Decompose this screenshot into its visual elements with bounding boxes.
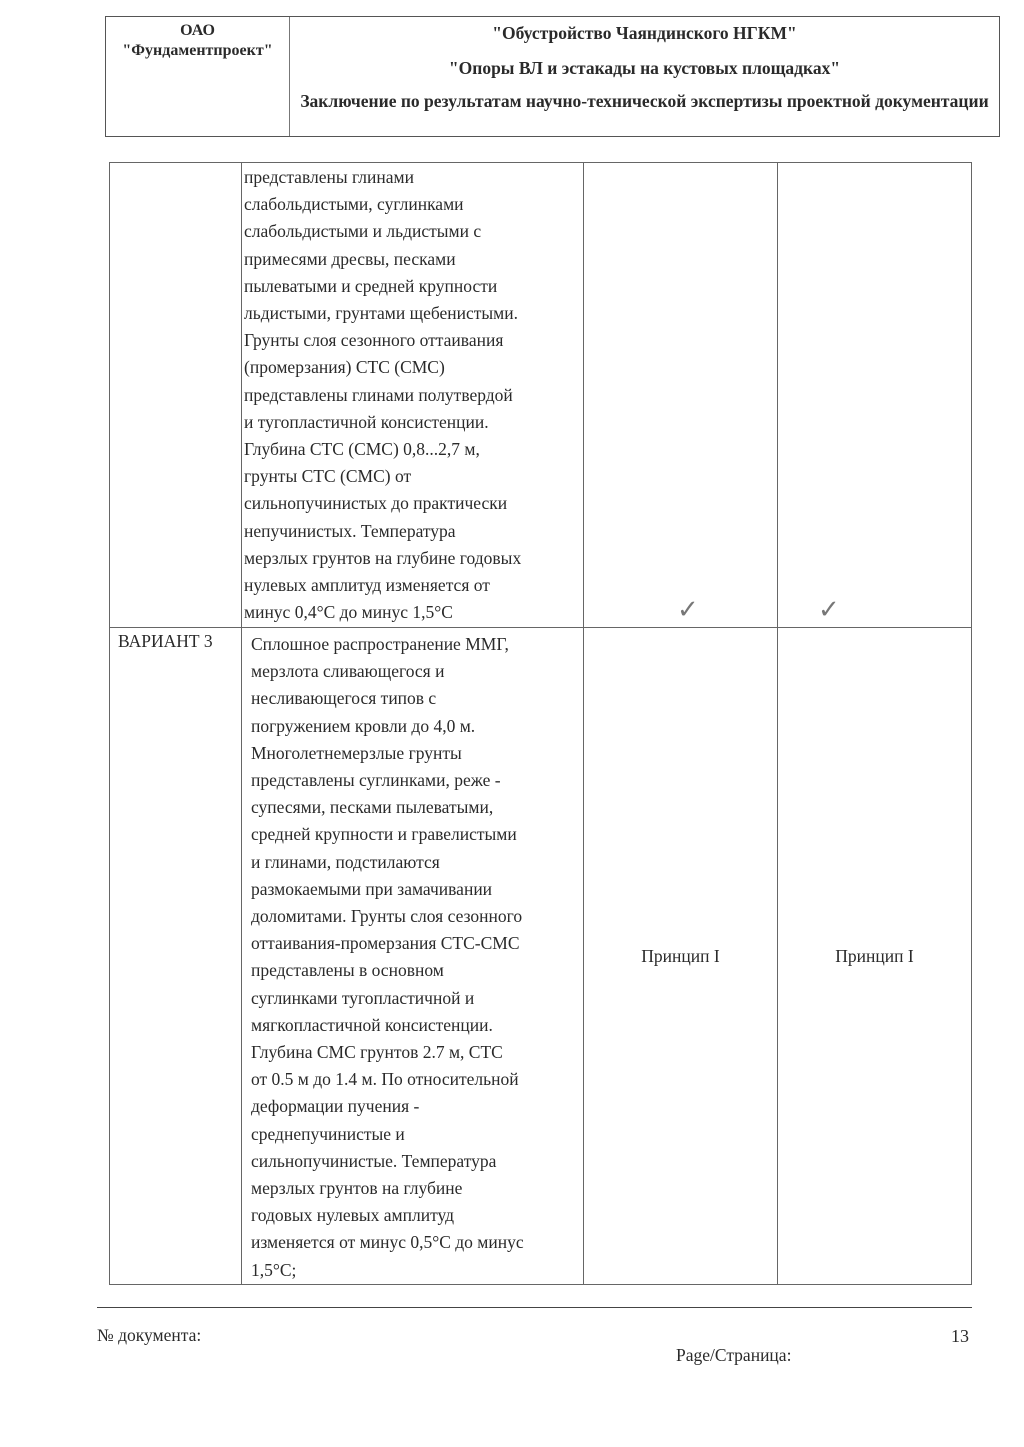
project-title: "Обустройство Чаяндинского НГКМ" bbox=[290, 22, 999, 44]
page-number: 13 bbox=[951, 1326, 969, 1347]
variant-cell bbox=[110, 163, 242, 628]
soil-conditions-table: представлены глинами слабольдистыми, суг… bbox=[109, 162, 972, 1285]
footer-divider bbox=[97, 1307, 972, 1308]
principle-cell: Принцип I bbox=[584, 628, 778, 1285]
principle-cell: Принцип I bbox=[778, 628, 972, 1285]
header-titles: "Обустройство Чаяндинского НГКМ" "Опоры … bbox=[290, 17, 999, 136]
document-title: Заключение по результатам научно-техниче… bbox=[290, 90, 999, 112]
document-header: ОАО "Фундаментпроект" "Обустройство Чаян… bbox=[105, 16, 1000, 137]
handwritten-check-icon: ✓ bbox=[677, 595, 699, 625]
table-row: представлены глинами слабольдистыми, суг… bbox=[110, 163, 972, 628]
variant-label bbox=[110, 163, 241, 166]
variant-cell: ВАРИАНТ 3 bbox=[110, 628, 242, 1285]
description-cell: представлены глинами слабольдистыми, суг… bbox=[242, 163, 584, 628]
soil-description: Сплошное распространение ММГ, мерзлота с… bbox=[242, 628, 583, 1284]
subject-title: "Опоры ВЛ и эстакады на кустовых площадк… bbox=[290, 57, 999, 79]
handwritten-check-icon: ✓ bbox=[818, 595, 840, 625]
document-number-label: № документа: bbox=[97, 1325, 201, 1346]
soil-description: представлены глинами слабольдистыми, суг… bbox=[242, 163, 583, 627]
description-cell: Сплошное распространение ММГ, мерзлота с… bbox=[242, 628, 584, 1285]
page-label: Page/Страница: bbox=[676, 1345, 791, 1366]
variant-label: ВАРИАНТ 3 bbox=[110, 628, 241, 652]
column-3-cell: ✓ bbox=[584, 163, 778, 628]
company-line-2: "Фундаментпроект" bbox=[106, 41, 289, 61]
table-row: ВАРИАНТ 3 Сплошное распространение ММГ, … bbox=[110, 628, 972, 1285]
company-line-1: ОАО bbox=[106, 21, 289, 41]
column-4-cell: ✓ bbox=[778, 163, 972, 628]
company-name: ОАО "Фундаментпроект" bbox=[106, 17, 290, 136]
